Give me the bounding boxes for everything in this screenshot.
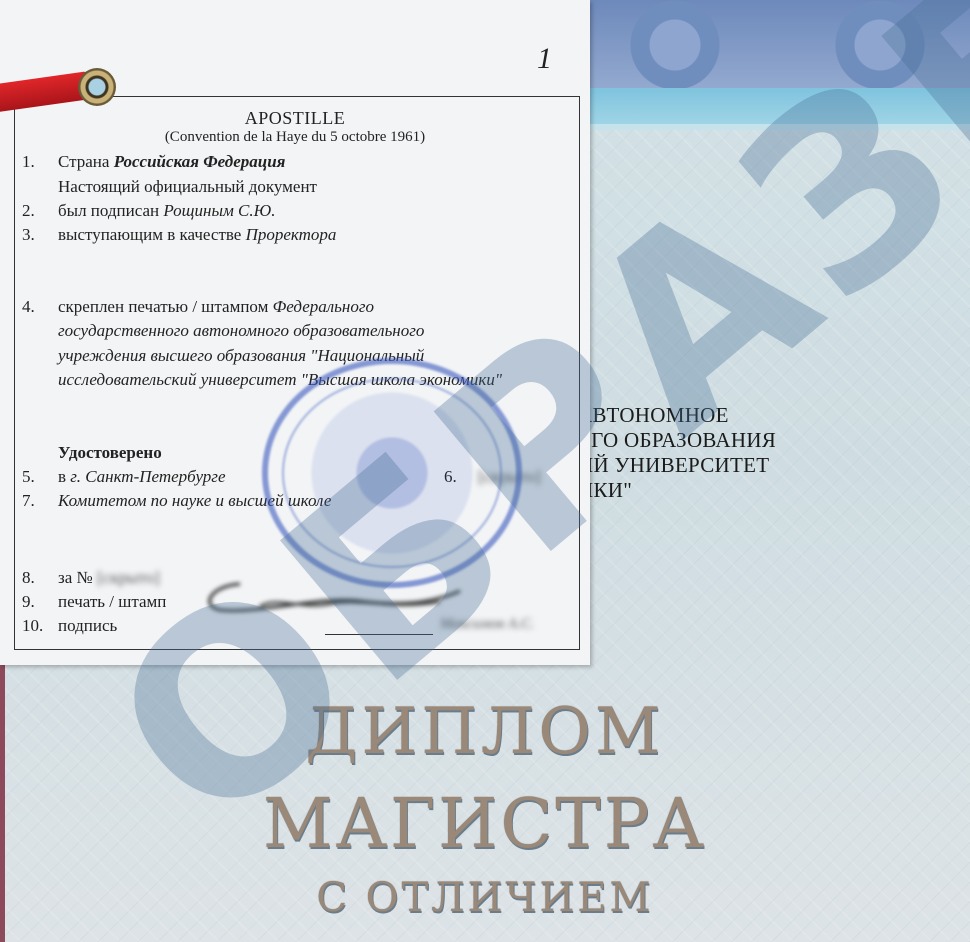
grommet-icon [78,68,116,106]
official-seal-icon [262,358,522,588]
diploma-honors: С ОТЛИЧИЕМ [0,875,970,921]
apostille-subtitle: (Convention de la Haye du 5 octobre 1961… [0,129,590,146]
sheet-number: 1 [537,42,552,76]
diploma-title: ДИПЛОМ [0,695,970,769]
signature-line [325,634,433,635]
apostille-title: APOSTILLE [0,108,590,129]
institution-line: ИКИ" [578,478,776,503]
institution-line: АВТОНОМНОЕ [577,403,776,428]
institution-line: I [582,370,776,395]
light-band [580,124,970,130]
ornament-band [580,0,970,88]
cyan-band [580,88,970,124]
institution-line: ЕГО ОБРАЗОВАНИЯ [578,428,776,453]
diploma-degree: МАГИСТРА [0,785,970,864]
signature-icon [200,566,470,616]
institution-line: ИЙ УНИВЕРСИТЕТ [578,453,776,478]
signatory-name: Максимов А.С. [440,616,534,633]
institution-name: I АВТОНОМНОЕ ЕГО ОБРАЗОВАНИЯ ИЙ УНИВЕРСИ… [582,370,776,503]
